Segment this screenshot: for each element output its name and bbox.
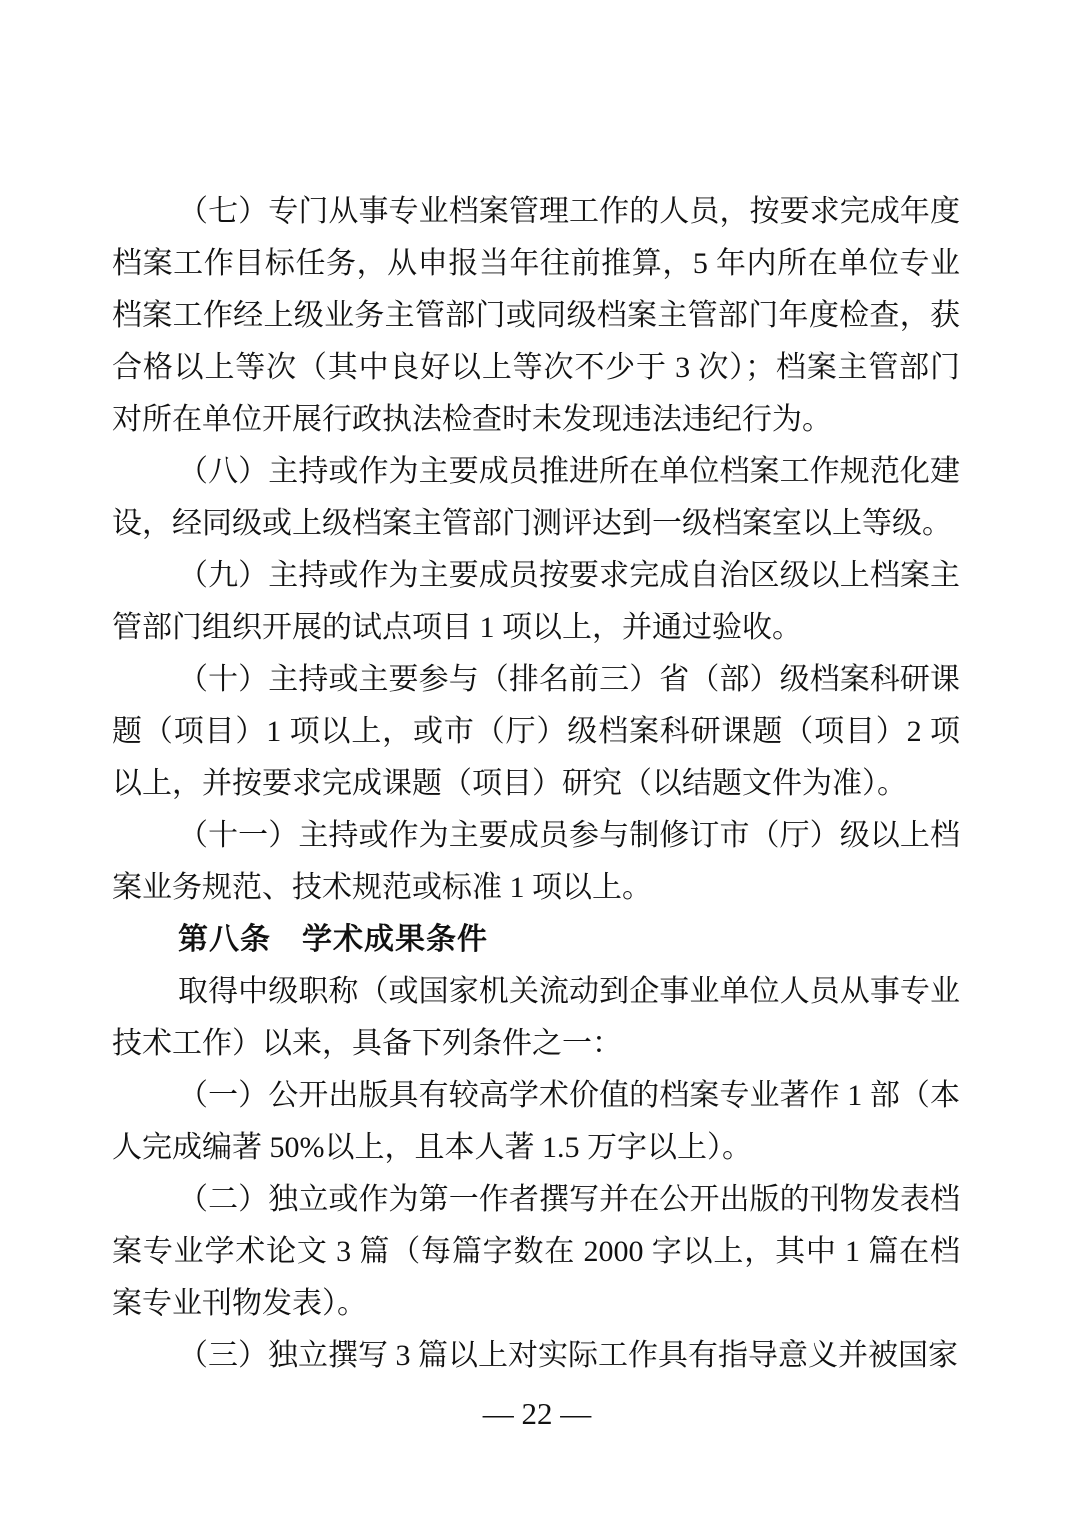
article-8-intro: 取得中级职称（或国家机关流动到企事业单位人员从事专业技术工作）以来，具备下列条件… bbox=[112, 966, 960, 1070]
clause-item-9: （九）主持或作为主要成员按要求完成自治区级以上档案主管部门组织开展的试点项目 1… bbox=[112, 550, 960, 654]
achievement-item-3: （三）独立撰写 3 篇以上对实际工作具有指导意义并被国家 bbox=[112, 1330, 960, 1382]
text-block: （七）专门从事专业档案管理工作的人员，按要求完成年度档案工作目标任务，从申报当年… bbox=[112, 186, 960, 1382]
achievement-item-1: （一）公开出版具有较高学术价值的档案专业著作 1 部（本人完成编著 50%以上，… bbox=[112, 1070, 960, 1174]
page-number: — 22 — bbox=[0, 1390, 1074, 1438]
clause-item-8: （八）主持或作为主要成员推进所在单位档案工作规范化建设，经同级或上级档案主管部门… bbox=[112, 446, 960, 550]
article-8-heading: 第八条 学术成果条件 bbox=[112, 914, 960, 966]
clause-item-11: （十一）主持或作为主要成员参与制修订市（厅）级以上档案业务规范、技术规范或标准 … bbox=[112, 810, 960, 914]
achievement-item-2: （二）独立或作为第一作者撰写并在公开出版的刊物发表档案专业学术论文 3 篇（每篇… bbox=[112, 1174, 960, 1330]
document-page: （七）专门从事专业档案管理工作的人员，按要求完成年度档案工作目标任务，从申报当年… bbox=[0, 0, 1074, 1520]
clause-item-7: （七）专门从事专业档案管理工作的人员，按要求完成年度档案工作目标任务，从申报当年… bbox=[112, 186, 960, 446]
clause-item-10: （十）主持或主要参与（排名前三）省（部）级档案科研课题（项目）1 项以上，或市（… bbox=[112, 654, 960, 810]
